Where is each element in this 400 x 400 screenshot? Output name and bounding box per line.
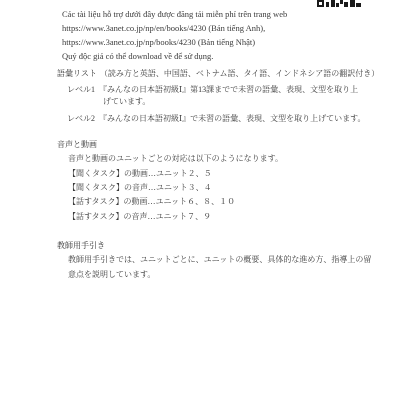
vocab-level1-continuation: げています。 [103, 96, 150, 107]
intro-line-3: https://www.3anet.co.jp/np/books/4230 (B… [62, 37, 255, 48]
link-url-japanese[interactable]: https://www.3anet.co.jp/np/books/4230 [62, 37, 196, 47]
vocab-section-heading-line: 語彙リスト（読み方と英語、中国語、ベトナム語、タイ語、インドネシア語の翻訳付き） [57, 66, 379, 79]
intro-line-4: Quý độc giả có thể download về để sử dụn… [62, 51, 213, 62]
media-section-intro: 音声と動画のユニットごとの対応は以下のようになります。 [68, 153, 283, 164]
intro-line-2: https://www.3anet.co.jp/np/en/books/4230… [62, 23, 265, 34]
url-english-suffix: (Bản tiếng Anh), [206, 23, 265, 33]
media-section-title: 音声と動画 [57, 139, 97, 150]
media-mapping-item: 【聞くタスク】の動画…ユニット２、５ [68, 168, 212, 179]
teacher-section-body-line-1: 教師用手引きでは、ユニットごとに、ユニットの概要、具体的な進め方、指導上の留 [68, 254, 371, 265]
link-url-english[interactable]: https://www.3anet.co.jp/np/en/books/4230 [62, 23, 206, 33]
vocab-section-title: 語彙リスト [57, 69, 97, 78]
vocab-section-note: （読み方と英語、中国語、ベトナム語、タイ語、インドネシア語の翻訳付き） [100, 69, 379, 78]
vocab-level1-label: レベル1 [67, 85, 95, 94]
teacher-section-body-line-2: 意点を説明しています。 [68, 269, 155, 280]
qr-code-icon [317, 0, 361, 7]
media-mapping-item: 【聞くタスク】の音声…ユニット３、４ [68, 182, 212, 193]
url-japanese-suffix: (Bản tiếng Nhật) [196, 37, 255, 47]
intro-line-1: Các tài liệu hỗ trợ dưới đây được đăng t… [62, 9, 287, 20]
media-mapping-item: 【話すタスク】の音声…ユニット７、９ [68, 211, 211, 222]
vocab-level2-label: レベル2 [67, 114, 95, 123]
media-mapping-item: 【話すタスク】の動画…ユニット６、８、１０ [68, 196, 235, 207]
vocab-level1-line: レベル1『みんなの日本語初級Ⅰ』第13課までで未習の語彙、表現、文型を取り上 [67, 82, 358, 95]
vocab-level2-line: レベル2『みんなの日本語初級Ⅰ』で未習の語彙、表現、文型を取り上げています。 [67, 111, 366, 124]
document-page: Các tài liệu hỗ trợ dưới đây được đăng t… [0, 0, 400, 400]
vocab-level1-text: 『みんなの日本語初級Ⅰ』第13課までで未習の語彙、表現、文型を取り上 [99, 85, 358, 94]
teacher-section-title: 教師用手引き [57, 240, 105, 251]
vocab-level2-text: 『みんなの日本語初級Ⅰ』で未習の語彙、表現、文型を取り上げています。 [99, 114, 366, 123]
